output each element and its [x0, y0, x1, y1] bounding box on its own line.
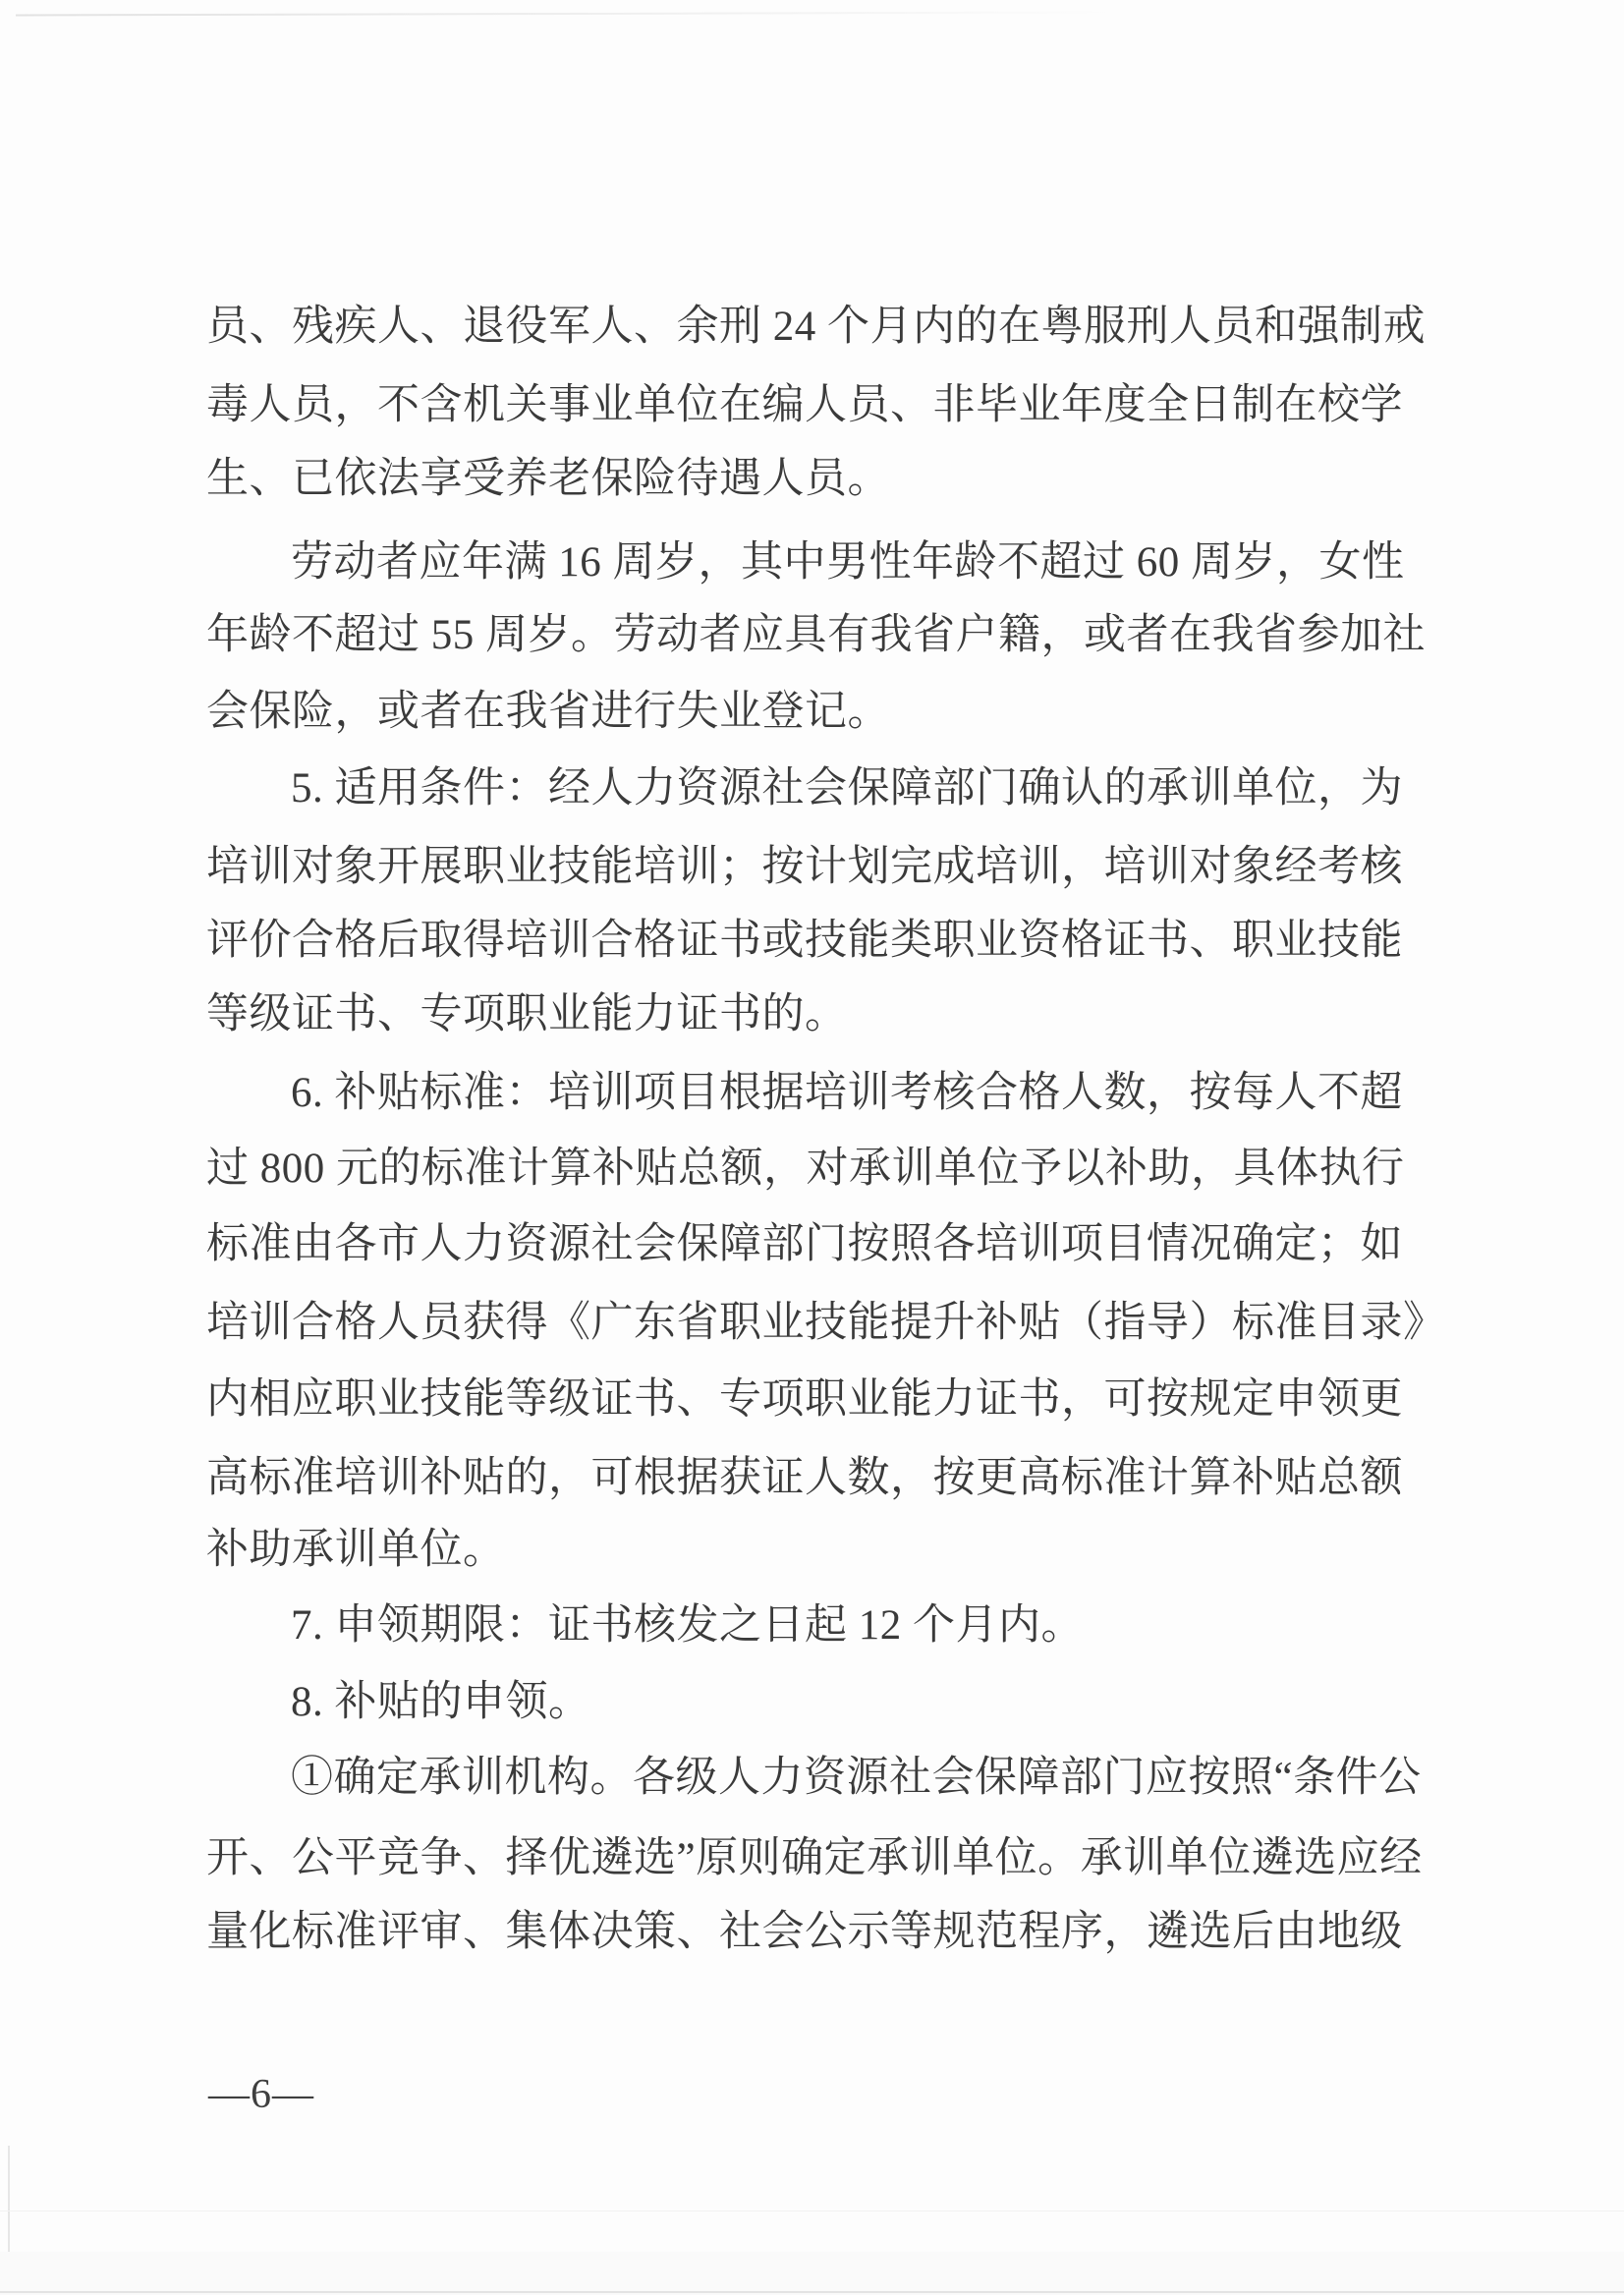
- text-line: 补助承训单位。: [206, 1513, 506, 1588]
- document-page: 员、残疾人、退役军人、余刑 24 个月内的在粤服刑人员和强制戒 毒人员，不含机关…: [0, 0, 1624, 2295]
- text-line: 劳动者应年满 16 周岁，其中男性年龄不超过 60 周岁，女性: [291, 526, 1405, 600]
- text-line: 生、已依法享受养老保险待遇人员。: [206, 442, 890, 517]
- text-line: 5. 适用条件：经人力资源社会保障部门确认的承训单位，为: [291, 752, 1403, 826]
- page-number: —6—: [208, 2069, 314, 2120]
- text-line: 6. 补贴标准：培训项目根据培训考核合格人数，按每人不超: [291, 1056, 1403, 1131]
- text-line: 7. 申领期限：证书核发之日起 12 个月内。: [291, 1589, 1084, 1663]
- text-line: 标准由各市人力资源社会保障部门按照各培训项目情况确定；如: [206, 1207, 1403, 1282]
- text-line: 内相应职业技能等级证书、专项职业能力证书，可按规定申领更: [206, 1363, 1403, 1437]
- text-line: ①确定承训机构。各级人力资源社会保障部门应按照“条件公: [291, 1741, 1422, 1816]
- scan-artifact-bottom-edge: [0, 2291, 1624, 2293]
- scan-artifact-top-edge: [16, 12, 1116, 17]
- text-line: 开、公平竞争、择优遴选”原则确定承训单位。承训单位遴选应经: [206, 1821, 1423, 1896]
- text-line: 量化标准评审、集体决策、社会公示等规范程序，遴选后由地级: [206, 1895, 1403, 1970]
- text-line: 会保险，或者在我省进行失业登记。: [206, 675, 890, 750]
- text-line: 等级证书、专项职业能力证书的。: [206, 978, 848, 1052]
- text-line: 培训合格人员获得《广东省职业技能提升补贴（指导）标准目录》: [206, 1286, 1446, 1361]
- text-line: 年龄不超过 55 周岁。劳动者应具有我省户籍，或者在我省参加社: [206, 598, 1426, 673]
- text-line: 8. 补贴的申领。: [291, 1665, 591, 1740]
- scan-artifact-faint-line: [0, 2211, 1624, 2211]
- text-line: 过 800 元的标准计算补贴总额，对承训单位予以补助，具体执行: [206, 1132, 1405, 1206]
- text-line: 评价合格后取得培训合格证书或技能类职业资格证书、职业技能: [206, 904, 1403, 979]
- text-line: 毒人员，不含机关事业单位在编人员、非毕业年度全日制在校学: [206, 368, 1403, 443]
- text-line: 高标准培训补贴的，可根据获证人数，按更高标准计算补贴总额: [206, 1441, 1403, 1516]
- text-line: 员、残疾人、退役军人、余刑 24 个月内的在粤服刑人员和强制戒: [206, 290, 1426, 364]
- text-line: 培训对象开展职业技能培训；按计划完成培训，培训对象经考核: [206, 830, 1403, 905]
- scan-artifact-bottom-band: [0, 2252, 1624, 2295]
